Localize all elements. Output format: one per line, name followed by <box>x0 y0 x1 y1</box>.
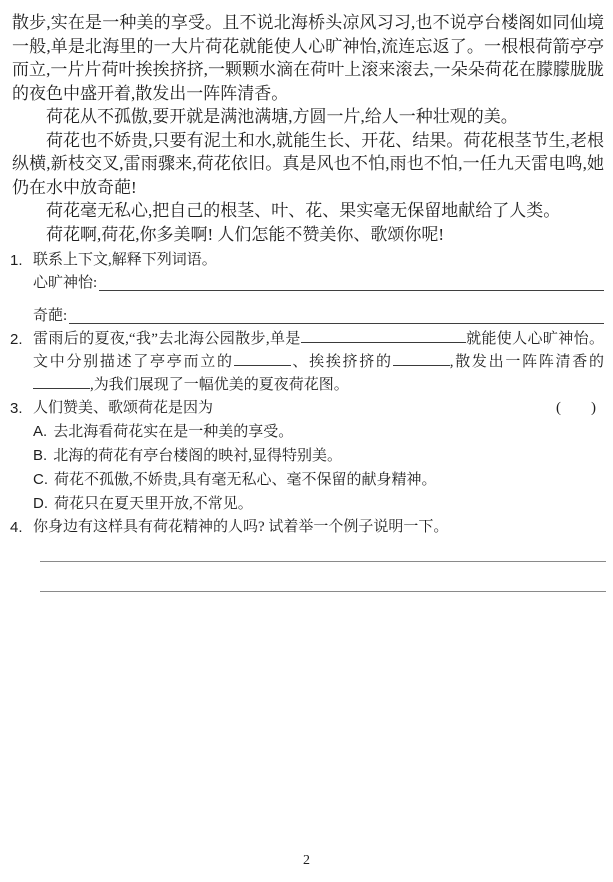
passage-paragraph: 荷花毫无私心,把自己的根茎、叶、花、果实毫无保留地献给了人类。 <box>12 199 604 223</box>
question-3-option-c: C.荷花不孤傲,不娇贵,具有毫无私心、毫不保留的献身精神。 <box>33 468 604 492</box>
option-b-letter: B. <box>33 447 53 464</box>
question-1: 1. 联系上下文,解释下列词语。 心旷神怡: 奇葩: <box>10 249 604 328</box>
reading-passage: 散步,实在是一种美的享受。且不说北海桥头凉风习习,也不说亭台楼阁如同仙境一般,单… <box>0 0 613 246</box>
question-3-stem: 人们赞美、歌颂荷花是因为 <box>33 397 213 420</box>
q2-fill-blank-3 <box>393 351 450 366</box>
question-1-stem: 联系上下文,解释下列词语。 <box>33 249 604 272</box>
question-2-stem: 雷雨后的夏夜,“我”去北海公园散步,单是就能使人心旷神怡。文中分别描述了亭亭而立… <box>33 328 604 397</box>
answer-parentheses: ( ) <box>556 397 604 420</box>
term-1-answer-blank <box>99 272 604 291</box>
passage-paragraph: 荷花啊,荷花,你多美啊! 人们怎能不赞美你、歌颂你呢! <box>12 223 604 247</box>
question-3-option-b: B.北海的荷花有亭台楼阁的映衬,显得特别美。 <box>33 444 604 468</box>
q2-fill-blank-2 <box>234 351 291 366</box>
term-2-answer-blank <box>69 305 604 324</box>
question-3-number: 3. <box>10 397 23 420</box>
option-c-text: 荷花不孤傲,不娇贵,具有毫无私心、毫不保留的献身精神。 <box>54 472 437 488</box>
option-d-letter: D. <box>33 495 54 512</box>
question-4-stem: 你身边有这样具有荷花精神的人吗? 试着举一个例子说明一下。 <box>33 516 604 539</box>
question-4: 4. 你身边有这样具有荷花精神的人吗? 试着举一个例子说明一下。 <box>10 516 604 539</box>
q2-fill-blank-4 <box>33 374 90 389</box>
passage-paragraph: 荷花从不孤傲,要开就是满池满塘,方圆一片,给人一种壮观的美。 <box>12 105 604 129</box>
q2-text-segment: ,散发出一阵阵清香的 <box>450 354 604 370</box>
question-4-number: 4. <box>10 516 23 539</box>
question-3-stem-row: 人们赞美、歌颂荷花是因为 ( ) <box>33 397 604 420</box>
term-1-label: 心旷神怡: <box>33 272 97 295</box>
question-2: 2. 雷雨后的夏夜,“我”去北海公园散步,单是就能使人心旷神怡。文中分别描述了亭… <box>10 328 604 397</box>
question-1-term-1: 心旷神怡: <box>33 272 604 295</box>
passage-paragraph: 荷花也不娇贵,只要有泥土和水,就能生长、开花、结果。荷花根茎节生,老根纵横,新枝… <box>12 129 604 200</box>
option-a-letter: A. <box>33 423 53 440</box>
worksheet-page: 散步,实在是一种美的享受。且不说北海桥头凉风习习,也不说亭台楼阁如同仙境一般,单… <box>0 0 613 882</box>
option-d-text: 荷花只在夏天里开放,不常见。 <box>54 496 253 512</box>
answer-line-1 <box>40 561 606 562</box>
option-a-text: 去北海看荷花实在是一种美的享受。 <box>53 424 293 440</box>
q2-fill-blank-1 <box>301 328 466 343</box>
question-list: 1. 联系上下文,解释下列词语。 心旷神怡: 奇葩: 2. 雷雨后的夏夜,“我”… <box>0 249 613 592</box>
question-3-option-d: D.荷花只在夏天里开放,不常见。 <box>33 492 604 516</box>
q2-text-segment: 、挨挨挤挤的 <box>291 354 393 370</box>
question-1-term-2: 奇葩: <box>33 305 604 328</box>
question-2-number: 2. <box>10 328 23 351</box>
term-2-label: 奇葩: <box>33 305 67 328</box>
question-3: 3. 人们赞美、歌颂荷花是因为 ( ) A.去北海看荷花实在是一种美的享受。 B… <box>10 397 604 516</box>
passage-paragraph-continuation: 散步,实在是一种美的享受。且不说北海桥头凉风习习,也不说亭台楼阁如同仙境一般,单… <box>12 11 604 105</box>
question-3-option-a: A.去北海看荷花实在是一种美的享受。 <box>33 420 604 444</box>
answer-line-2 <box>40 591 606 592</box>
page-number: 2 <box>0 853 613 869</box>
option-c-letter: C. <box>33 471 54 488</box>
q2-text-segment: 雷雨后的夏夜,“我”去北海公园散步,单是 <box>33 331 301 347</box>
question-1-number: 1. <box>10 249 23 272</box>
option-b-text: 北海的荷花有亭台楼阁的映衬,显得特别美。 <box>53 448 342 464</box>
q2-text-segment: ,为我们展现了一幅优美的夏夜荷花图。 <box>90 377 349 393</box>
